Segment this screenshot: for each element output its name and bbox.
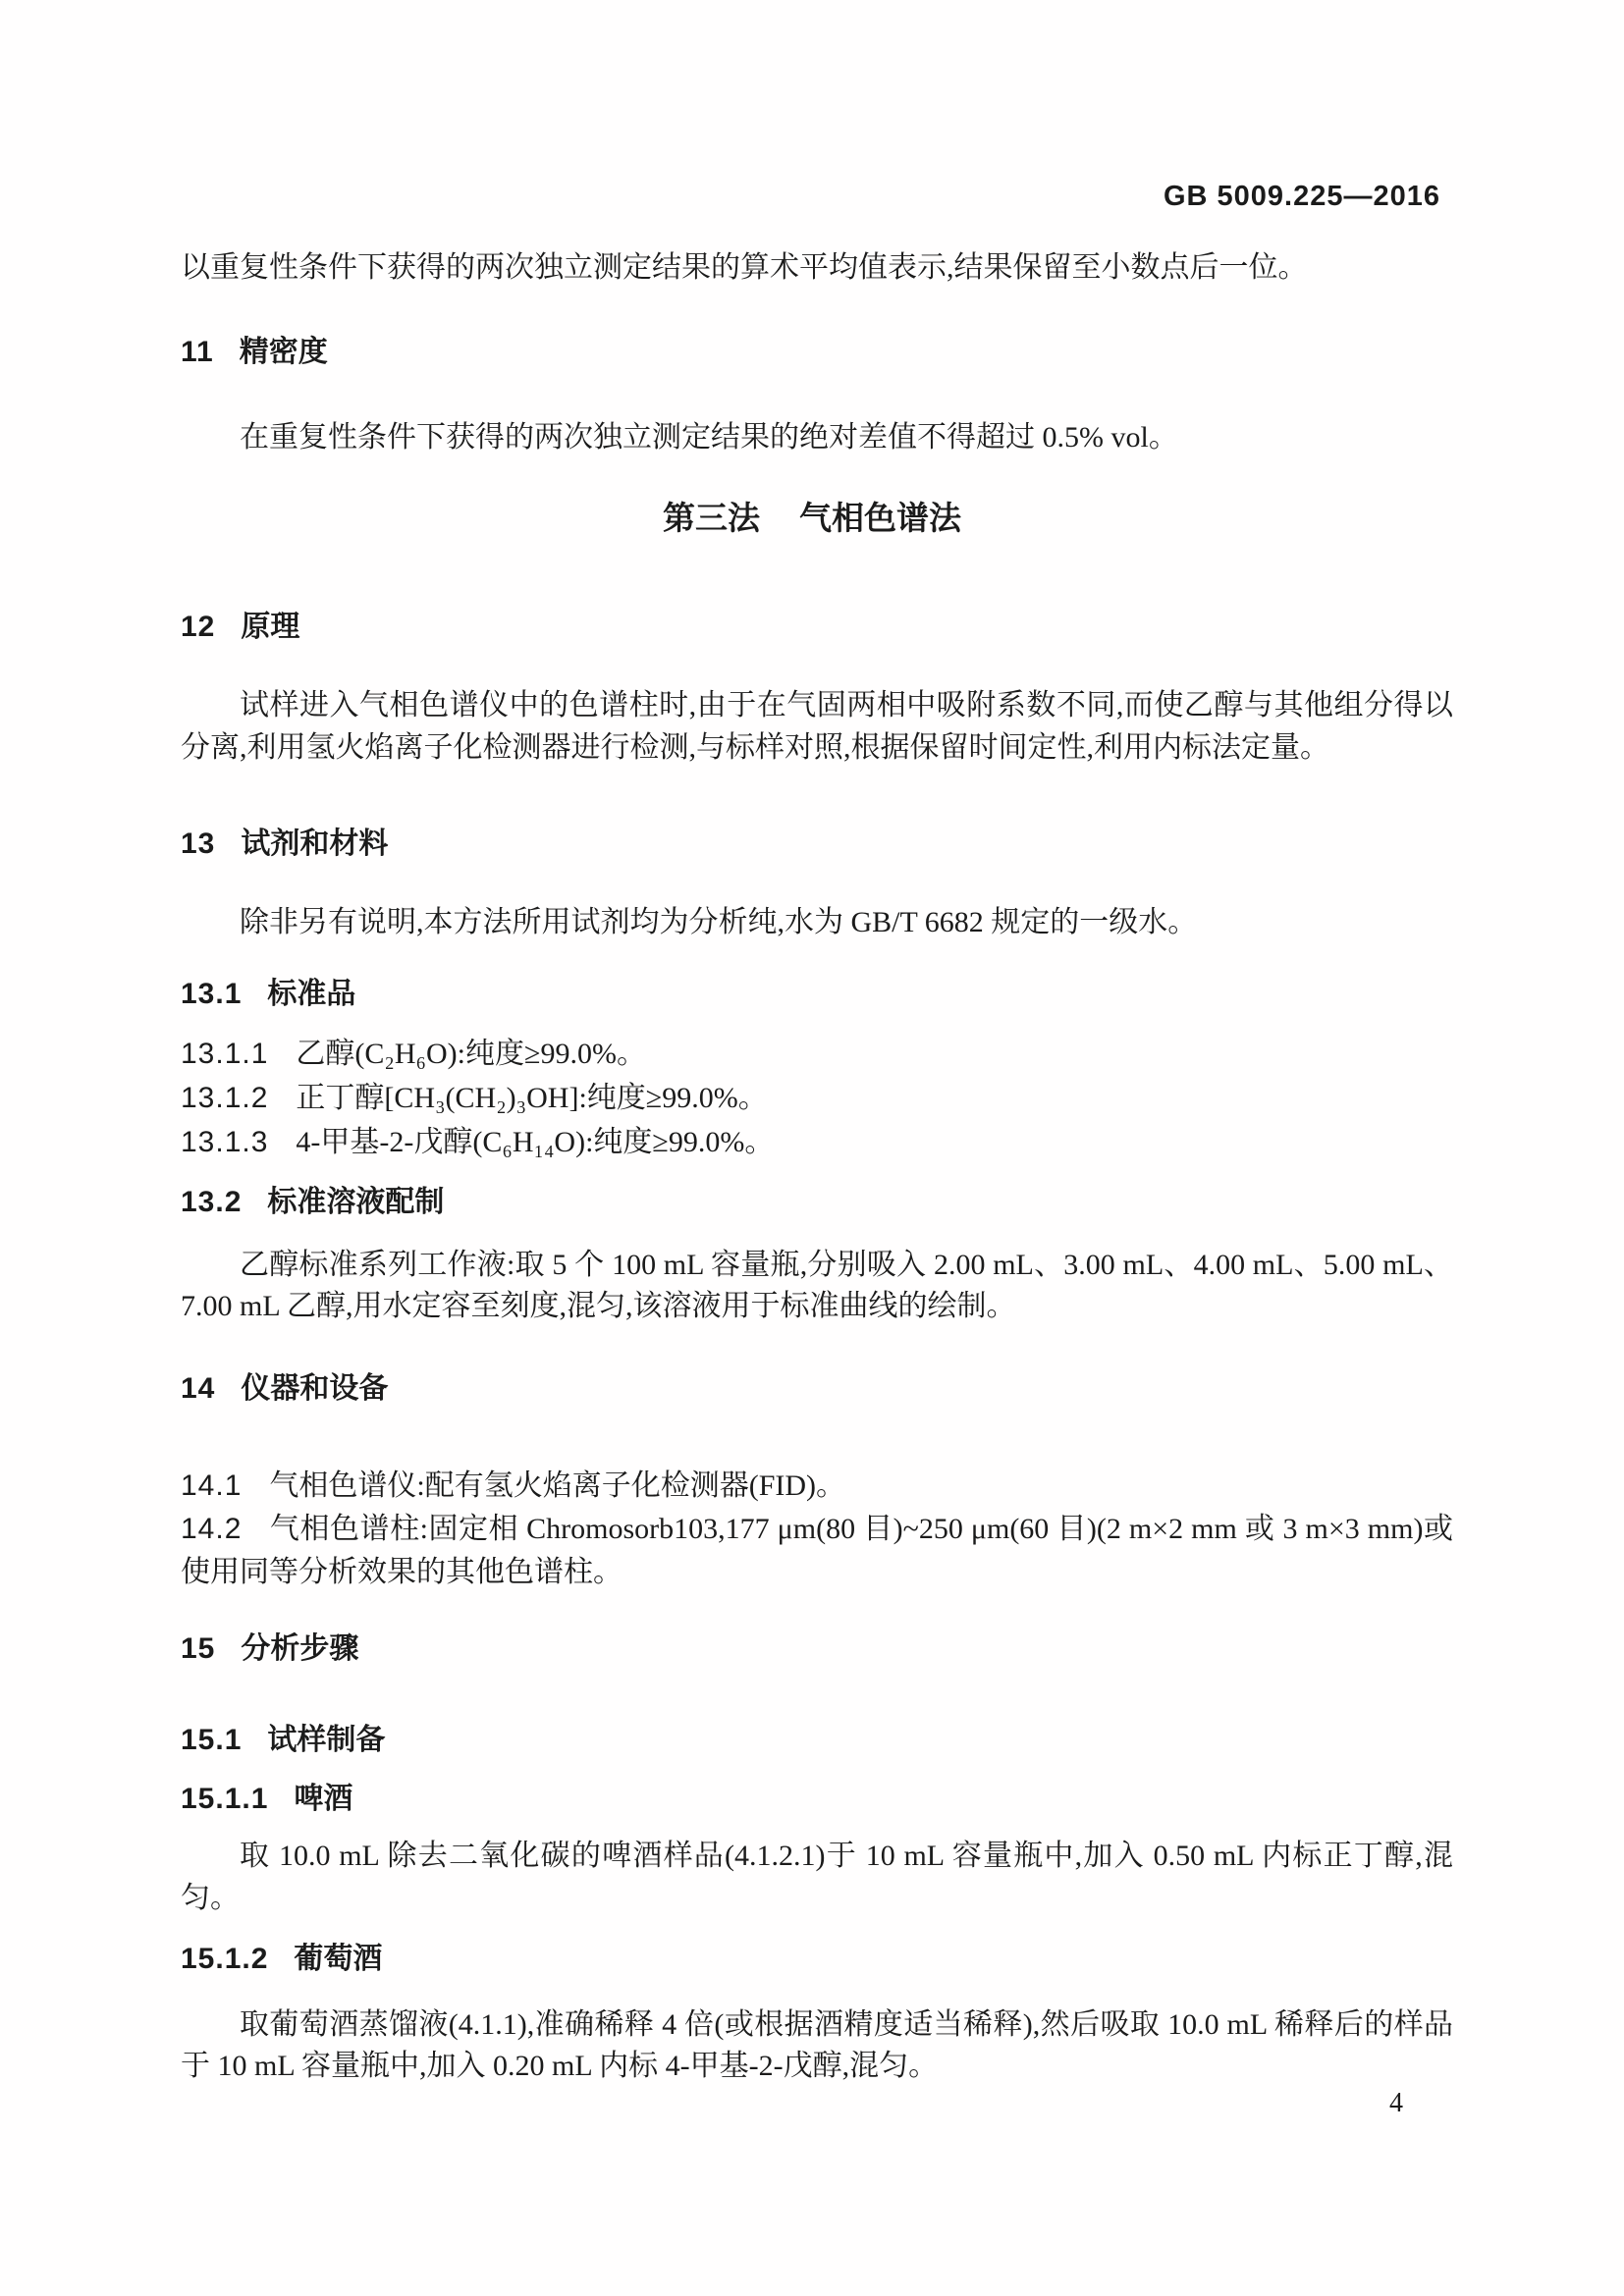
section-15-1-number: 15.1: [181, 1719, 242, 1761]
section-13-1-number: 13.1: [181, 973, 242, 1015]
section-11-number: 11: [181, 331, 214, 373]
section-12-number: 12: [181, 606, 215, 648]
section-15-heading: 15分析步骤: [181, 1628, 1453, 1670]
section-14-number: 14: [181, 1367, 215, 1410]
clause-14-2-number: 14.2: [181, 1508, 242, 1551]
section-13-2-number: 13.2: [181, 1181, 242, 1223]
section-11-paragraph: 在重复性条件下获得的两次独立测定结果的绝对差值不得超过 0.5% vol。: [181, 416, 1453, 458]
clause-14-1-number: 14.1: [181, 1464, 242, 1508]
method-3-title: 第三法气相色谱法: [0, 496, 1624, 541]
clause-13-1-1: 13.1.1乙醇(C₂H₆O):纯度≥99.0%。: [181, 1032, 1453, 1076]
section-15-1-1-heading: 15.1.1啤酒: [181, 1778, 1453, 1820]
section-15-1-1-number: 15.1.1: [181, 1778, 268, 1820]
section-15-number: 15: [181, 1628, 215, 1670]
clause-13-1-2-number: 13.1.2: [181, 1076, 268, 1120]
clause-13-1-3-number: 13.1.3: [181, 1120, 268, 1164]
section-13-2-title: 标准溶液配制: [267, 1186, 444, 1218]
section-13-heading: 13试剂和材料: [181, 823, 1453, 865]
clause-13-1-3-text: 4-甲基-2-戊醇(C₆H₁₄O):纯度≥99.0%。: [296, 1126, 774, 1158]
section-13-2-heading: 13.2标准溶液配制: [181, 1181, 1453, 1223]
section-14-title: 仪器和设备: [241, 1372, 388, 1405]
section-15-1-1-paragraph: 取 10.0 mL 除去二氧化碳的啤酒样品(4.1.2.1)于 10 mL 容量…: [181, 1835, 1453, 1919]
clause-14-1: 14.1气相色谱仪:配有氢火焰离子化检测器(FID)。: [181, 1464, 1453, 1508]
method-3-title-part: 第三法: [663, 500, 760, 536]
clause-13-1-2: 13.1.2正丁醇[CH₃(CH₂)₃OH]:纯度≥99.0%。: [181, 1076, 1453, 1120]
section-15-1-1-title: 啤酒: [294, 1783, 352, 1815]
continuation-paragraph: 以重复性条件下获得的两次独立测定结果的算术平均值表示,结果保留至小数点后一位。: [181, 246, 1453, 289]
section-13-2-paragraph: 乙醇标准系列工作液:取 5 个 100 mL 容量瓶,分别吸入 2.00 mL、…: [181, 1245, 1453, 1327]
section-15-1-title: 试样制备: [267, 1724, 385, 1756]
section-14-heading: 14仪器和设备: [181, 1367, 1453, 1410]
clause-14-2-text: 气相色谱柱:固定相 Chromosorb103,177 μm(80 目)~250…: [181, 1513, 1453, 1588]
clause-14-1-text: 气相色谱仪:配有氢火焰离子化检测器(FID)。: [269, 1469, 845, 1502]
section-12-heading: 12原理: [181, 606, 1453, 648]
clause-14-2: 14.2气相色谱柱:固定相 Chromosorb103,177 μm(80 目)…: [181, 1508, 1453, 1594]
clause-13-1-2-text: 正丁醇[CH₃(CH₂)₃OH]:纯度≥99.0%。: [296, 1082, 767, 1114]
clause-13-1-3: 13.1.34-甲基-2-戊醇(C₆H₁₄O):纯度≥99.0%。: [181, 1120, 1453, 1164]
section-13-paragraph: 除非另有说明,本方法所用试剂均为分析纯,水为 GB/T 6682 规定的一级水。: [181, 901, 1453, 943]
section-15-title: 分析步骤: [241, 1632, 358, 1665]
clause-13-1-1-text: 乙醇(C₂H₆O):纯度≥99.0%。: [296, 1038, 646, 1070]
section-15-1-2-heading: 15.1.2葡萄酒: [181, 1938, 1453, 1980]
clause-13-1-1-number: 13.1.1: [181, 1032, 268, 1076]
method-3-title-name: 气相色谱法: [799, 500, 961, 536]
section-13-title: 试剂和材料: [241, 828, 388, 860]
section-15-1-2-paragraph: 取葡萄酒蒸馏液(4.1.1),准确稀释 4 倍(或根据酒精度适当稀释),然后吸取…: [181, 2004, 1453, 2087]
standard-number-header: GB 5009.225—2016: [0, 181, 1440, 213]
section-15-1-2-number: 15.1.2: [181, 1938, 268, 1980]
section-12-paragraph: 试样进入气相色谱仪中的色谱柱时,由于在气固两相中吸附系数不同,而使乙醇与其他组分…: [181, 684, 1453, 769]
section-15-1-2-title: 葡萄酒: [294, 1943, 382, 1975]
document-page: GB 5009.225—2016 以重复性条件下获得的两次独立测定结果的算术平均…: [0, 0, 1624, 2296]
page-number: 4: [1389, 2088, 1403, 2119]
section-13-1-title: 标准品: [267, 978, 355, 1010]
section-15-1-heading: 15.1试样制备: [181, 1719, 1453, 1761]
section-13-1-heading: 13.1标准品: [181, 973, 1453, 1015]
section-11-heading: 11精密度: [181, 331, 1453, 373]
section-11-title: 精密度: [240, 336, 328, 368]
section-13-number: 13: [181, 823, 215, 865]
section-12-title: 原理: [241, 611, 299, 643]
